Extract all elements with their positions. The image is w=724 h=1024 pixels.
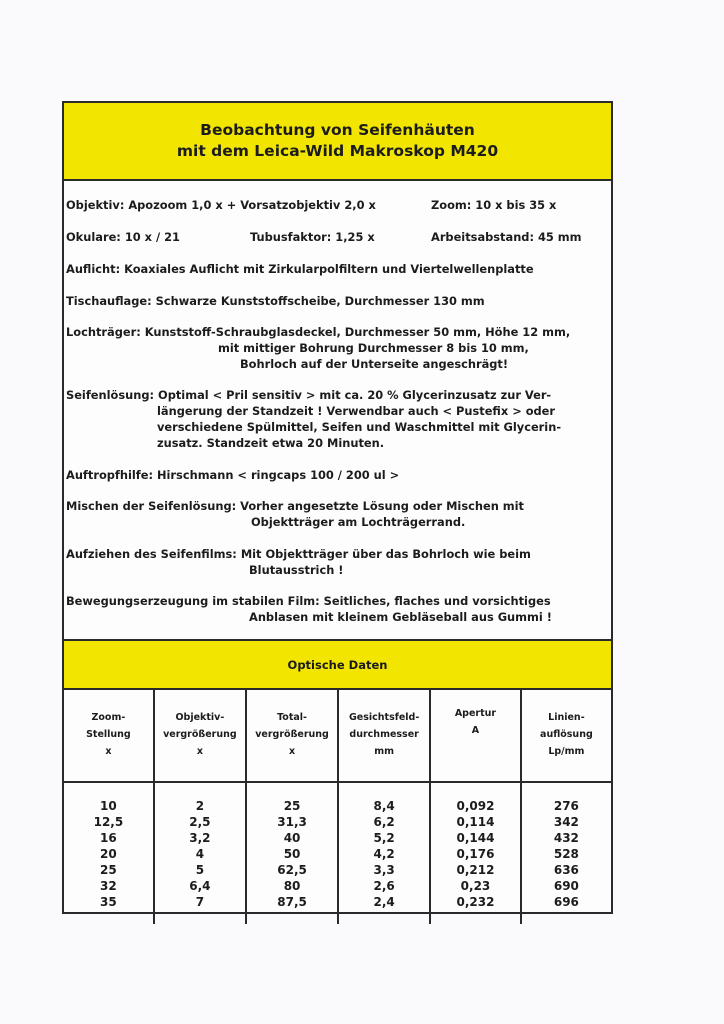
spec-bewegung-1: Bewegungserzeugung im stabilen Film: Sei… xyxy=(66,594,551,608)
table-cell-value: 4 xyxy=(155,846,245,862)
header-text: A xyxy=(431,722,520,739)
spec-auflicht: Auflicht: Koaxiales Auflicht mit Zirkula… xyxy=(66,262,534,276)
column-total-values: 2531,3405062,58087,5 xyxy=(246,782,338,924)
header-text: mm xyxy=(339,743,429,760)
table-cell-value: 10 xyxy=(64,798,153,814)
column-aufloesung-values: 276342432528636690696 xyxy=(521,782,611,924)
table-cell-value: 0,212 xyxy=(431,862,520,878)
spec-seifenloesung-3: verschiedene Spülmittel, Seifen und Wasc… xyxy=(157,420,561,434)
table-cell-value: 80 xyxy=(247,878,337,894)
spec-auftropfhilfe: Auftropfhilfe: Hirschmann < ringcaps 100… xyxy=(66,468,399,482)
table-cell-value: 690 xyxy=(522,878,611,894)
table-cell-value: 31,3 xyxy=(247,814,337,830)
table-cell-value: 35 xyxy=(64,894,153,910)
table-cell-value: 0,176 xyxy=(431,846,520,862)
table-cell-value: 528 xyxy=(522,846,611,862)
header-text: durchmesser xyxy=(339,726,429,743)
table-cell-value: 342 xyxy=(522,814,611,830)
table-cell-value: 4,2 xyxy=(339,846,429,862)
header-text: Stellung xyxy=(64,726,153,743)
table-cell-value: 0,114 xyxy=(431,814,520,830)
table-cell-value: 32 xyxy=(64,878,153,894)
spec-objektiv: Objektiv: Apozoom 1,0 x + Vorsatzobjekti… xyxy=(66,198,376,212)
header-text: vergrößerung xyxy=(247,726,337,743)
table-cell-value: 25 xyxy=(64,862,153,878)
spec-lochtraeger-1: Lochträger: Kunststoff-Schraubglasdeckel… xyxy=(66,325,570,339)
table-cell-value: 25 xyxy=(247,798,337,814)
header-objektivvergroesserung: Objektiv-vergrößerungx xyxy=(154,688,246,782)
column-objektiv-values: 22,53,2456,47 xyxy=(154,782,246,924)
header-linienaufloesung: Linien-auflösungLp/mm xyxy=(521,688,611,782)
column-gesichtsfeld-values: 8,46,25,24,23,32,62,4 xyxy=(338,782,430,924)
table-cell-value: 50 xyxy=(247,846,337,862)
spec-zoom: Zoom: 10 x bis 35 x xyxy=(431,198,556,212)
table-cell-value: 40 xyxy=(247,830,337,846)
spec-aufziehen-2: Blutausstrich ! xyxy=(249,563,344,577)
table-cell-value: 276 xyxy=(522,798,611,814)
table-cell-value: 5 xyxy=(155,862,245,878)
spec-aufziehen-1: Aufziehen des Seifenfilms: Mit Objektträ… xyxy=(66,547,531,561)
table-cell-value: 696 xyxy=(522,894,611,910)
header-text: vergrößerung xyxy=(155,726,245,743)
header-gesichtsfeld: Gesichtsfeld-durchmessermm xyxy=(338,688,430,782)
table-cell-value: 16 xyxy=(64,830,153,846)
table-cell-value: 0,232 xyxy=(431,894,520,910)
document-sheet: Beobachtung von Seifenhäuten mit dem Lei… xyxy=(62,101,613,914)
header-text: x xyxy=(155,743,245,760)
spec-seifenloesung-4: zusatz. Standzeit etwa 20 Minuten. xyxy=(157,436,384,450)
optics-values-row: 1012,51620253235 22,53,2456,47 2531,3405… xyxy=(64,782,611,924)
optics-table: Zoom-Stellungx Objektiv-vergrößerungx To… xyxy=(64,688,611,924)
optics-header-row: Zoom-Stellungx Objektiv-vergrößerungx To… xyxy=(64,688,611,782)
spec-seifenloesung-2: längerung der Standzeit ! Verwendbar auc… xyxy=(157,404,555,418)
table-cell-value: 0,092 xyxy=(431,798,520,814)
title-band: Beobachtung von Seifenhäuten mit dem Lei… xyxy=(64,103,611,181)
header-text: auflösung xyxy=(522,726,611,743)
table-cell-value: 2,5 xyxy=(155,814,245,830)
table-cell-value: 5,2 xyxy=(339,830,429,846)
spec-tischauflage: Tischauflage: Schwarze Kunststoffscheibe… xyxy=(66,294,485,308)
header-text: Zoom- xyxy=(64,709,153,726)
spec-tubusfaktor: Tubusfaktor: 1,25 x xyxy=(250,230,375,244)
table-cell-value: 2,6 xyxy=(339,878,429,894)
specs-section: Objektiv: Apozoom 1,0 x + Vorsatzobjekti… xyxy=(64,181,611,639)
header-text: Lp/mm xyxy=(522,743,611,760)
table-cell-value: 6,4 xyxy=(155,878,245,894)
header-apertur: AperturA xyxy=(430,688,521,782)
header-text: Gesichtsfeld- xyxy=(339,709,429,726)
header-totalvergroesserung: Total-vergrößerungx xyxy=(246,688,338,782)
header-text: Total- xyxy=(247,709,337,726)
spec-lochtraeger-3: Bohrloch auf der Unterseite angeschrägt! xyxy=(240,357,508,371)
spec-lochtraeger-2: mit mittiger Bohrung Durchmesser 8 bis 1… xyxy=(218,341,529,355)
table-cell-value: 0,23 xyxy=(431,878,520,894)
table-cell-value: 636 xyxy=(522,862,611,878)
table-cell-value: 3,2 xyxy=(155,830,245,846)
header-text: Linien- xyxy=(522,709,611,726)
table-cell-value: 12,5 xyxy=(64,814,153,830)
table-cell-value: 2 xyxy=(155,798,245,814)
table-cell-value: 62,5 xyxy=(247,862,337,878)
spec-mischen-2: Objektträger am Lochträgerrand. xyxy=(251,515,465,529)
table-cell-value: 87,5 xyxy=(247,894,337,910)
table-cell-value: 2,4 xyxy=(339,894,429,910)
spec-seifenloesung-1: Seifenlösung: Optimal < Pril sensitiv > … xyxy=(66,388,551,402)
spec-okulare: Okulare: 10 x / 21 xyxy=(66,230,180,244)
table-cell-value: 20 xyxy=(64,846,153,862)
spec-arbeitsabstand: Arbeitsabstand: 45 mm xyxy=(431,230,582,244)
column-zoom-values: 1012,51620253235 xyxy=(64,782,154,924)
table-cell-value: 8,4 xyxy=(339,798,429,814)
header-zoom-stellung: Zoom-Stellungx xyxy=(64,688,154,782)
spec-bewegung-2: Anblasen mit kleinem Gebläseball aus Gum… xyxy=(249,610,552,624)
table-cell-value: 6,2 xyxy=(339,814,429,830)
table-cell-value: 7 xyxy=(155,894,245,910)
table-cell-value: 3,3 xyxy=(339,862,429,878)
column-apertur-values: 0,0920,1140,1440,1760,2120,230,232 xyxy=(430,782,521,924)
header-text: Apertur xyxy=(431,705,520,722)
spec-mischen-1: Mischen der Seifenlösung: Vorher angeset… xyxy=(66,499,524,513)
header-text: Objektiv- xyxy=(155,709,245,726)
header-text: x xyxy=(64,743,153,760)
table-cell-value: 432 xyxy=(522,830,611,846)
header-text: x xyxy=(247,743,337,760)
table-cell-value: 0,144 xyxy=(431,830,520,846)
title-line-2: mit dem Leica-Wild Makroskop M420 xyxy=(177,141,498,162)
optics-title-band: Optische Daten xyxy=(64,639,611,690)
title-line-1: Beobachtung von Seifenhäuten xyxy=(200,120,475,141)
